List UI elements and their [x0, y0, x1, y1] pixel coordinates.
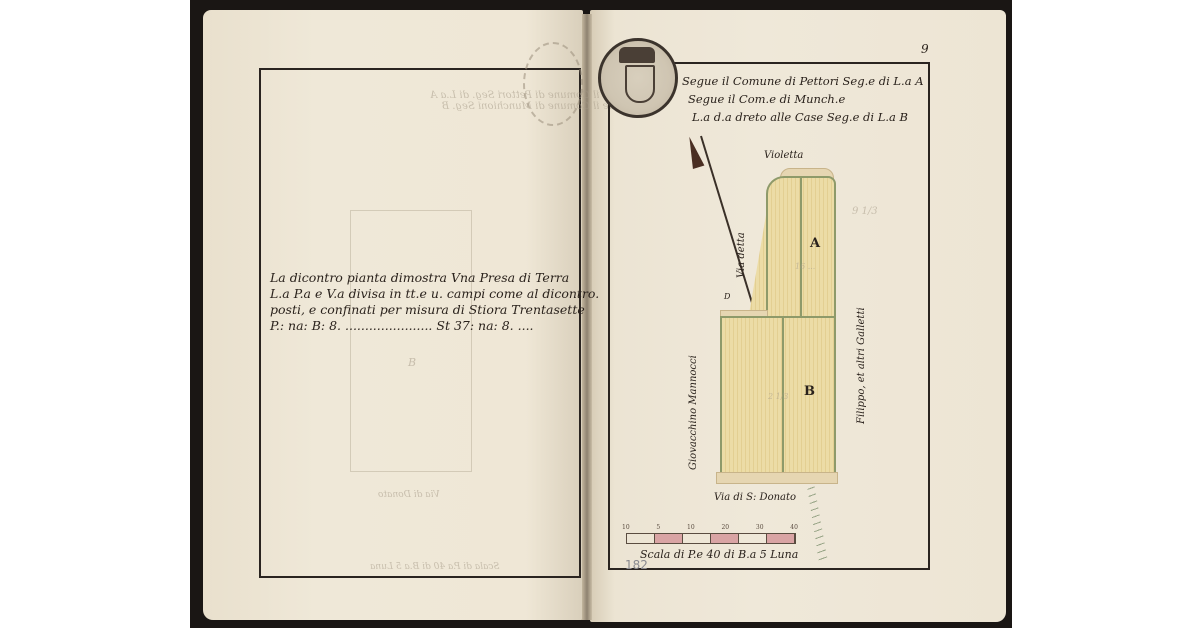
- scale-tick: 5: [656, 524, 660, 531]
- north-boundary-label: Violetta: [764, 150, 803, 161]
- boundary-header: Segue il Comune di Pettori Seg.e di L.a …: [682, 72, 924, 126]
- parcel-description: La dicontro pianta dimostra Vna Presa di…: [270, 270, 570, 334]
- parcel-b-label: B: [804, 384, 815, 399]
- scale-caption: Scala di P.e 40 di B.a 5 Luna: [640, 548, 798, 561]
- description-line: La dicontro pianta dimostra Vna Presa di…: [270, 270, 570, 286]
- ghost-plot-label: B: [408, 356, 416, 369]
- description-line: L.a P.a e V.a divisa in tt.e u. campi co…: [270, 286, 570, 302]
- east-boundary-label: Filippo, et altri Galletti: [856, 307, 867, 424]
- margin-note: 9 1/3: [852, 206, 878, 217]
- header-line: L.a d.a dreto alle Case Seg.e di L.a B: [682, 108, 924, 126]
- parcel-a-divider: [800, 178, 802, 316]
- shield-icon: [625, 65, 655, 103]
- scale-tick: 30: [756, 524, 764, 531]
- description-line: posti, e confinati per misura di Stiora …: [270, 302, 570, 318]
- south-road-label: Via di S: Donato: [714, 492, 796, 503]
- scale-bar: [626, 533, 796, 544]
- coat-of-arms-seal-icon: [598, 38, 678, 118]
- parcel-a-area: 16 ...: [795, 262, 815, 271]
- west-boundary-label: Giovacchino Mannocci: [688, 355, 699, 470]
- pencil-folio-number: 182: [625, 558, 648, 572]
- ghost-plot-outline: [350, 210, 472, 472]
- ghost-road-label: Via di Donato: [378, 490, 440, 500]
- parcel-b-area: 2 1/3: [768, 392, 789, 401]
- crown-icon: [619, 47, 655, 63]
- scale-tick: 40: [790, 524, 798, 531]
- scale-tick: 20: [721, 524, 729, 531]
- ghost-scale-label: Scala di P.a 40 di B.a 5 Luna: [370, 562, 500, 572]
- parcel-a-label: A: [810, 236, 820, 251]
- bleed-through-seal-icon: [523, 42, 583, 126]
- road-label-via-detta: Via detta: [736, 232, 747, 278]
- point-label: D: [724, 292, 730, 301]
- scale-tick: 10: [687, 524, 695, 531]
- header-line: Segue il Com.e di Munch.e: [682, 90, 924, 108]
- road-south: [716, 472, 838, 484]
- scale-tick: 10: [622, 524, 630, 531]
- header-line: Segue il Comune di Pettori Seg.e di L.a …: [682, 72, 924, 90]
- description-line: P.: na: B: 8. ...................... St …: [270, 318, 570, 334]
- scale-ticks: 10 5 10 20 30 40: [622, 524, 798, 531]
- page-number: 9: [921, 42, 929, 56]
